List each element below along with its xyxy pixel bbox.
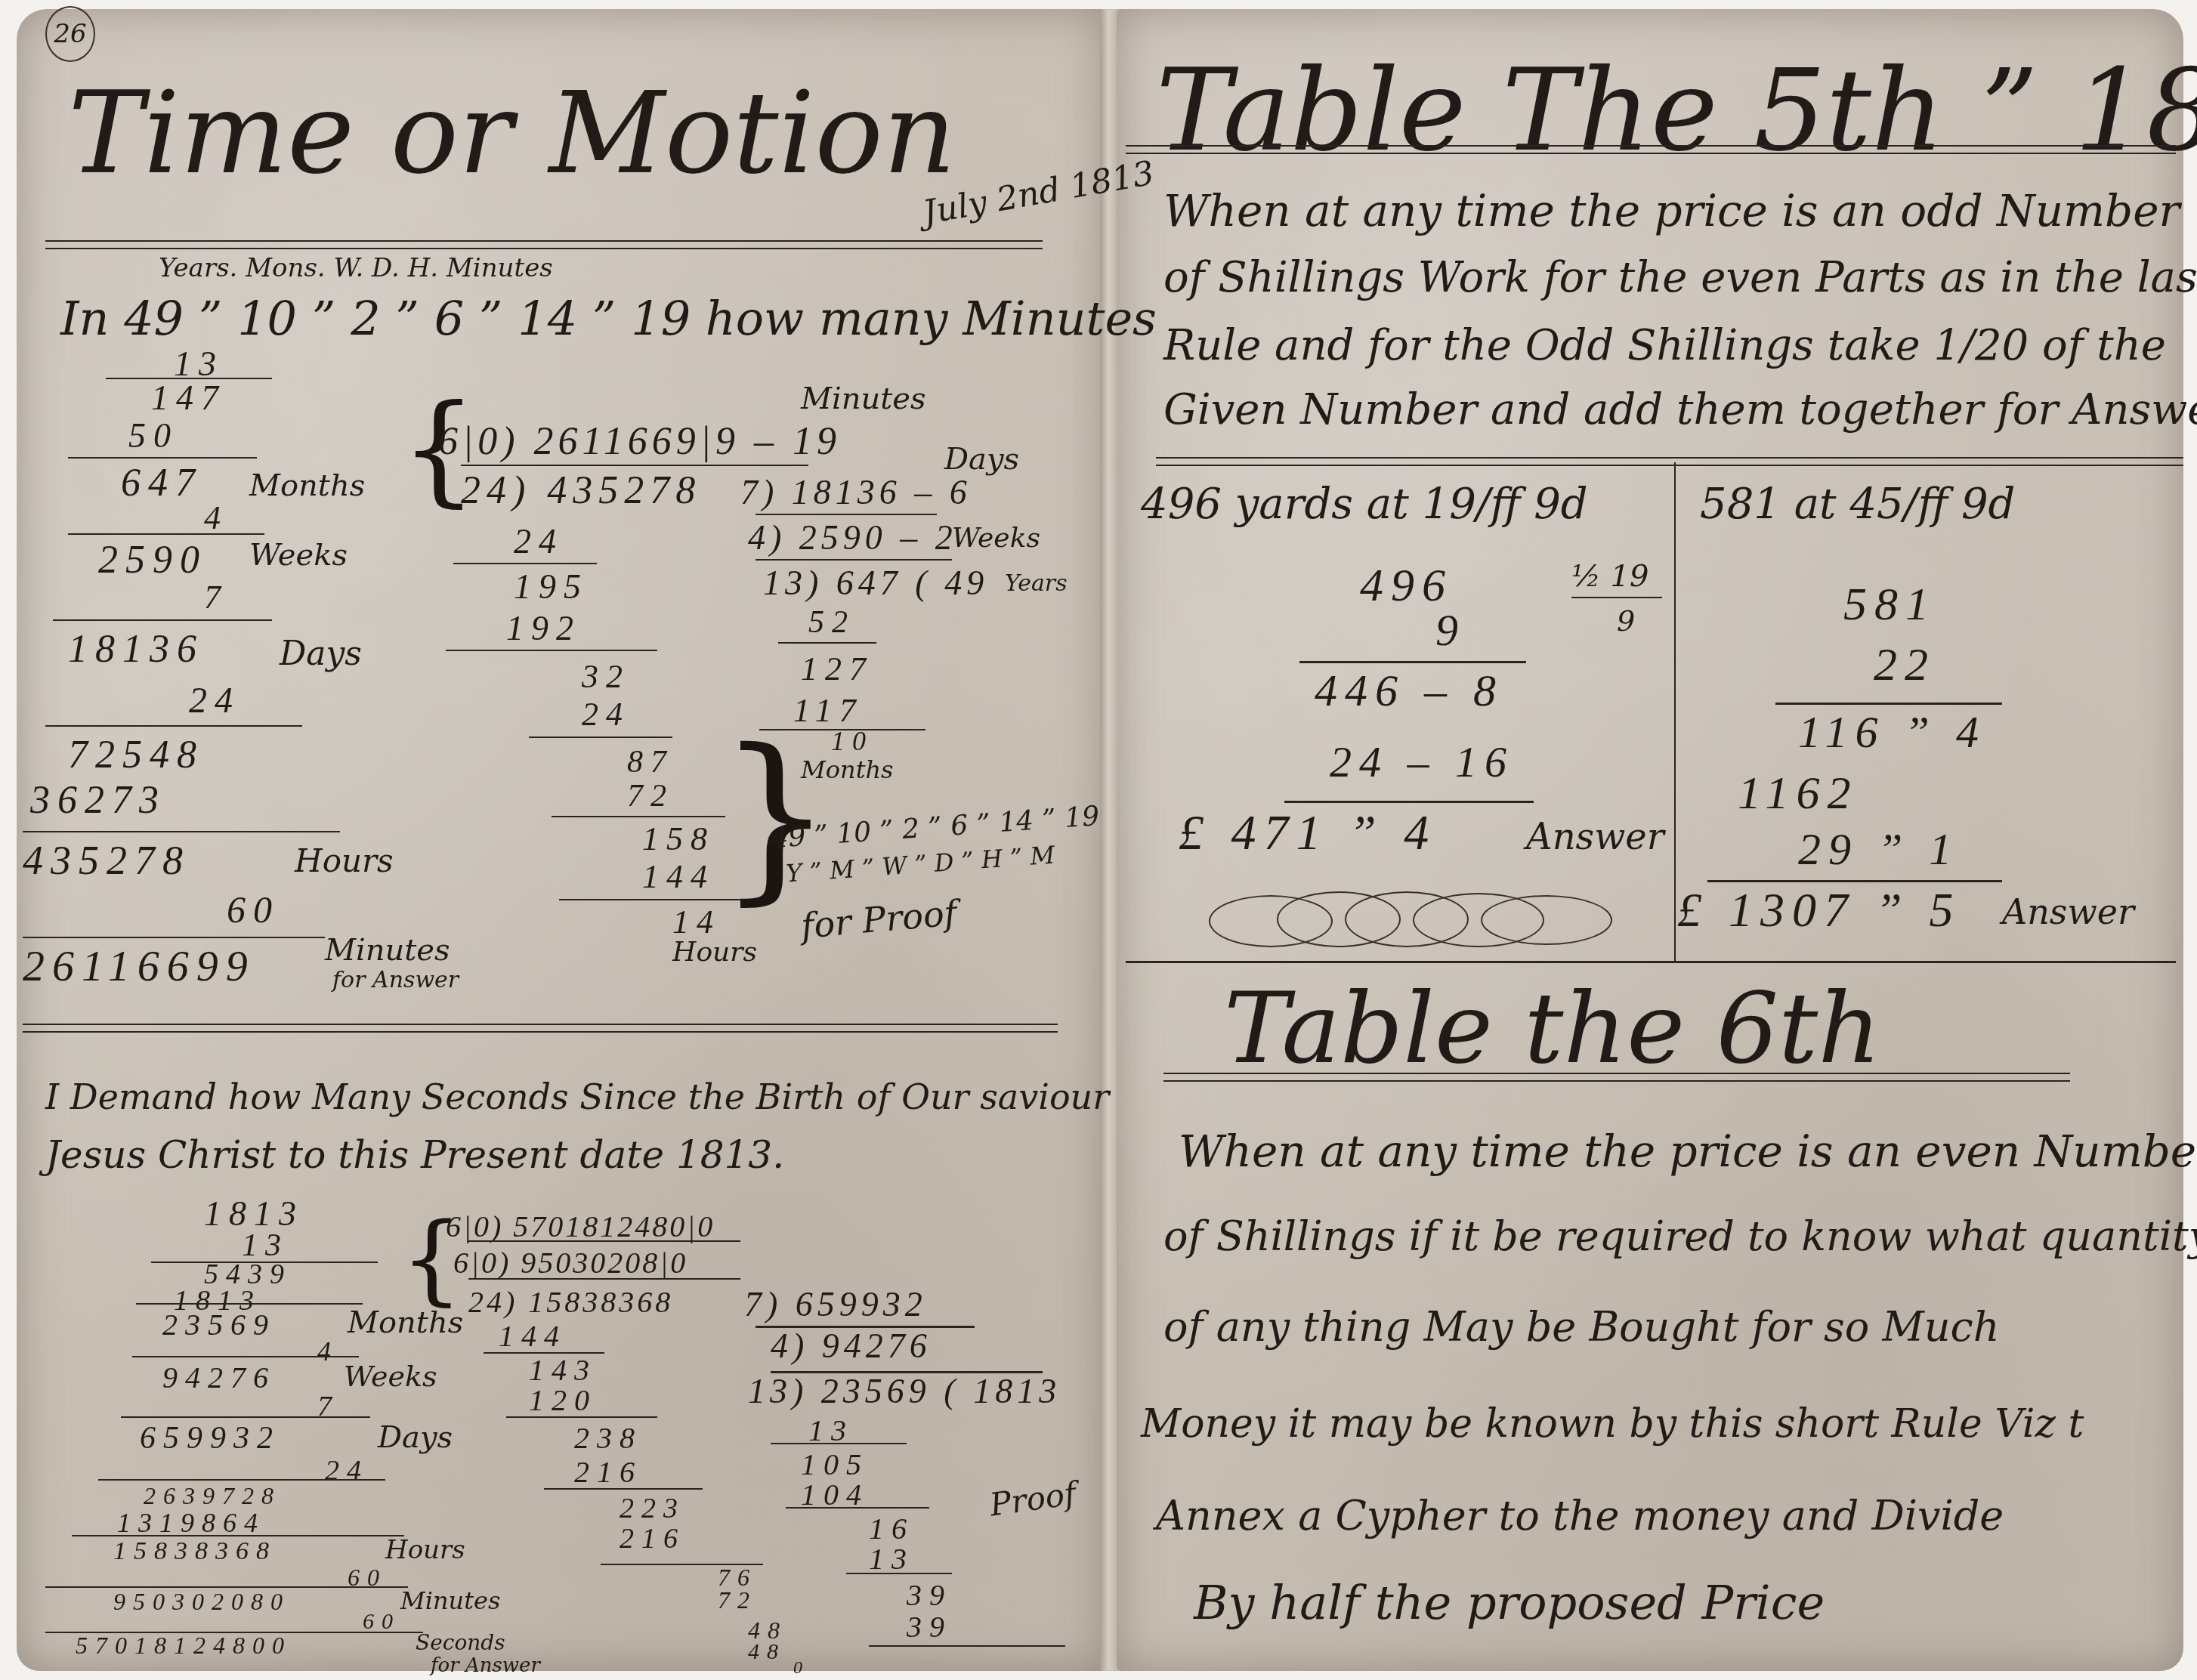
- problem1-question: In 49 ” 10 ” 2 ” 6 ” 14 ” 19 how many Mi…: [60, 291, 1157, 346]
- proof-step: 192: [506, 608, 581, 648]
- proof-sub-step: 10: [831, 725, 873, 757]
- work-line: 647: [121, 461, 202, 505]
- work-line: 950302080: [113, 1588, 290, 1616]
- rule: [23, 831, 340, 832]
- rule: [1299, 661, 1526, 663]
- title-divider: [1126, 145, 2176, 154]
- proof-sub-step: 52: [808, 604, 855, 641]
- proof-step: 14: [672, 903, 721, 941]
- work-line: 7: [204, 578, 228, 616]
- work-line: 72548: [68, 733, 204, 777]
- work-label: Days: [378, 1420, 453, 1455]
- work-line: 7: [317, 1390, 339, 1423]
- answer-value: 26116699: [23, 940, 255, 991]
- rule: [132, 1356, 359, 1357]
- rule: [786, 1507, 929, 1509]
- proof-sub-step: 39: [907, 1577, 952, 1613]
- proof-step: 144: [642, 857, 715, 896]
- rule: [23, 937, 325, 938]
- work-line: 60: [227, 888, 280, 931]
- proof-step: 24: [582, 695, 630, 733]
- column-divider: [1674, 462, 1676, 961]
- work-line: 24: [189, 680, 240, 721]
- work-line: 1162: [1738, 767, 1858, 820]
- work-line: 18136: [68, 627, 204, 672]
- rule: [778, 642, 876, 644]
- proof-label: Weeks: [952, 523, 1040, 554]
- work-line: 446 – 8: [1315, 665, 1503, 717]
- work-label: Minutes: [400, 1586, 500, 1615]
- work-line: 22: [1874, 638, 1936, 692]
- work-line: 4: [204, 499, 228, 537]
- answer-label: Answer: [2002, 891, 2134, 932]
- example-header: 496 yards at 19/ff 9d: [1141, 480, 1588, 529]
- proof-step: 120: [529, 1382, 597, 1418]
- proof-line: 6|0) 2611669|9 – 19: [438, 419, 841, 464]
- proof-line: 6|0) 95030208|0: [453, 1245, 688, 1280]
- work-line: 2639728: [144, 1482, 281, 1510]
- rule: [756, 514, 937, 515]
- work-label: Days: [280, 635, 362, 673]
- section-divider: [23, 1024, 1058, 1033]
- work-label: Months: [249, 468, 365, 503]
- rule: [45, 725, 302, 727]
- work-line: 2590: [98, 538, 207, 582]
- answer-note: for Answer: [431, 1654, 540, 1677]
- answer-label: Answer: [1526, 816, 1664, 858]
- rule: [453, 563, 597, 564]
- work-line: 60: [363, 1609, 400, 1635]
- proof-line: 4) 2590 – 2: [748, 517, 957, 557]
- rule: [552, 816, 725, 817]
- proof-sub-step: 127: [801, 650, 873, 688]
- proof-sub-step: 13: [869, 1541, 914, 1577]
- rule-line: Money it may be known by this short Rule…: [1141, 1401, 2084, 1447]
- proof-line: 24) 435278: [461, 468, 701, 513]
- work-label: Minutes: [325, 933, 450, 968]
- work-line: 36273: [30, 778, 166, 823]
- rule: [1284, 801, 1534, 803]
- proof-line: 4) 94276: [771, 1326, 932, 1366]
- work-label: Weeks: [344, 1360, 437, 1393]
- rule: [506, 1416, 657, 1418]
- rule: [468, 1240, 740, 1242]
- table5-title: Table The 5th ” 1813: [1156, 45, 2197, 177]
- proof-label: Years: [1005, 570, 1068, 597]
- proof-sub-step: 39: [907, 1609, 952, 1644]
- answer-note: for Answer: [332, 967, 459, 993]
- section-divider: [1126, 961, 2176, 963]
- rule: [468, 1278, 740, 1280]
- rule: [136, 1303, 363, 1305]
- proof-step: 144: [499, 1318, 567, 1354]
- rule: [1775, 703, 2002, 705]
- work-line: 29 ” 1: [1798, 823, 1959, 876]
- rule: [529, 737, 672, 738]
- answer-value: £ 1307 ” 5: [1677, 882, 1961, 938]
- rule-line: of Shillings if it be required to know w…: [1163, 1212, 2197, 1260]
- proof-line: 24) 15838368: [468, 1284, 673, 1320]
- work-line: 659932: [140, 1420, 280, 1456]
- work-line: 24 – 16: [1330, 737, 1514, 787]
- proof-line: 13) 23569 ( 1813: [748, 1371, 1061, 1411]
- proof-line: 7) 18136 – 6: [740, 472, 972, 512]
- proof-header: Minutes: [801, 381, 926, 416]
- proof-label: Days: [944, 442, 1019, 477]
- section-divider: [1156, 457, 2183, 466]
- left-page-title: Time or Motion: [68, 68, 956, 199]
- proof-step: 216: [574, 1454, 642, 1490]
- rule: [98, 1479, 385, 1481]
- work-label: Weeks: [249, 538, 348, 573]
- rule: [446, 650, 657, 651]
- work-label: Hours: [295, 842, 394, 879]
- rule-line: of Shillings Work for the even Parts as …: [1163, 253, 2197, 302]
- work-line: 9: [1435, 604, 1466, 656]
- rule-line: When at any time the price is an even Nu…: [1179, 1126, 2197, 1177]
- title-divider: [45, 240, 1043, 249]
- proof-step: 238: [574, 1420, 642, 1456]
- side-note: 9: [1617, 604, 1635, 638]
- work-line: 94276: [162, 1360, 276, 1395]
- work-line: 23569: [162, 1307, 276, 1342]
- flourish-loop: [1481, 895, 1612, 945]
- work-line: 435278: [23, 837, 190, 884]
- rule: [68, 457, 257, 459]
- work-label: Hours: [385, 1535, 465, 1565]
- rule: [72, 1535, 404, 1536]
- side-note: ½ 19: [1571, 559, 1649, 594]
- work-line: 24: [325, 1454, 369, 1487]
- rule: [846, 1573, 952, 1574]
- proof-step: 195: [514, 567, 589, 607]
- rule: [461, 465, 808, 466]
- rule: [544, 1488, 703, 1490]
- proof-step-label: Hours: [672, 937, 757, 968]
- rule-line: Annex a Cypher to the money and Divide: [1156, 1492, 2004, 1539]
- page-number: 26: [45, 6, 95, 62]
- work-line: 4: [317, 1336, 338, 1367]
- work-line: 1319864: [117, 1507, 265, 1539]
- rule: [68, 533, 264, 535]
- rule-line: of any thing May be Bought for so Much: [1163, 1303, 2000, 1351]
- proof-line: 13) 647 ( 49: [763, 563, 988, 603]
- proof-step: 87: [627, 744, 674, 780]
- rule: [121, 1416, 370, 1418]
- proof-step: 223: [620, 1492, 685, 1525]
- work-line: 116 ” 4: [1798, 706, 1986, 758]
- answer-value: £ 471 ” 4: [1179, 804, 1436, 862]
- proof-step: 0: [793, 1658, 810, 1678]
- rule-line: Rule and for the Odd Shillings take 1/20…: [1163, 321, 2166, 370]
- proof-step: 24: [514, 521, 564, 561]
- rule: [869, 1645, 1065, 1647]
- work-line: 50: [128, 415, 178, 456]
- proof-line: 7) 659932: [744, 1284, 927, 1324]
- brace-icon: }: [718, 710, 833, 922]
- rule: [771, 1443, 907, 1444]
- proof-step: 72: [627, 778, 674, 814]
- answer-value: 57018124800: [76, 1632, 292, 1660]
- title-divider: [1163, 1073, 2070, 1082]
- rule: [53, 619, 272, 621]
- problem2-question-line2: Jesus Christ to this Present date 1813.: [45, 1133, 784, 1177]
- work-label: Seconds: [416, 1630, 505, 1655]
- rule: [1571, 597, 1662, 598]
- rule: [756, 559, 952, 561]
- example-header: 581 at 45/ff 9d: [1700, 480, 2015, 529]
- rule-line: By half the proposed Price: [1194, 1575, 1825, 1630]
- rule-line: Given Number and add them together for A…: [1163, 385, 2197, 434]
- proof-step: 216: [620, 1522, 685, 1555]
- proof-step: 48: [748, 1639, 786, 1665]
- table6-title: Table the 6th: [1224, 971, 1881, 1086]
- work-line: 15838368: [113, 1537, 277, 1566]
- work-line: 581: [1843, 578, 1936, 632]
- unit-headers: Years. Mons. W. D. H. Minutes: [159, 253, 553, 283]
- proof-step: 72: [718, 1586, 757, 1614]
- proof-step: 158: [642, 820, 715, 858]
- proof-step: 32: [582, 657, 630, 696]
- proof-line: 6|0) 5701812480|0: [446, 1209, 715, 1244]
- rule-line: When at any time the price is an odd Num…: [1163, 185, 2180, 236]
- problem2-question-line1: I Demand how Many Seconds Since the Birt…: [45, 1076, 1109, 1117]
- work-line: 147: [151, 378, 226, 418]
